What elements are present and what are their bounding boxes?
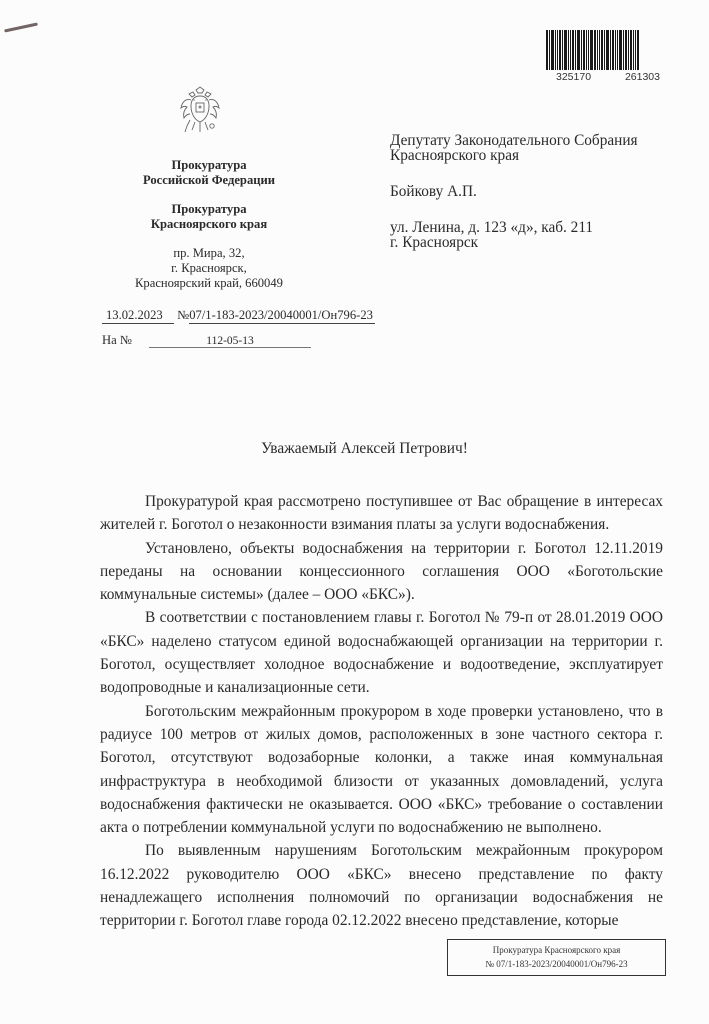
body-paragraph: Боготольским межрайонным прокурором в хо…: [100, 700, 663, 840]
sender-org-line-1: Прокуратура: [104, 158, 314, 173]
sender-suborg-line-2: Красноярского края: [104, 217, 314, 232]
russian-coat-of-arms-icon: [178, 86, 222, 136]
incoming-label: На №: [102, 333, 132, 347]
registration-org: Прокуратура Красноярского края: [448, 943, 665, 957]
recipient-block: Депутату Законодательного Собрания Красн…: [390, 133, 638, 250]
letter-body: Прокуратурой края рассмотрено поступивше…: [100, 490, 663, 933]
body-paragraph: В соответствии с постановлением главы г.…: [100, 606, 663, 699]
barcode-number-right: 261303: [625, 71, 660, 83]
barcode: 325170 261303: [546, 30, 666, 83]
number-sign: №: [177, 308, 189, 322]
recipient-address-line-2: г. Красноярск: [390, 235, 638, 250]
salutation: Уважаемый Алексей Петрович!: [0, 440, 709, 458]
sender-org-line-2: Российской Федерации: [104, 173, 314, 188]
body-paragraph: Установлено, объекты водоснабжения на те…: [100, 537, 663, 607]
letter-page: 325170 261303 Пр: [0, 0, 709, 1024]
barcode-number-left: 325170: [556, 71, 591, 83]
sender-address-line-1: пр. Мира, 32,: [104, 246, 314, 261]
outgoing-reference: 13.02.2023 №07/1-183-2023/20040001/Он796…: [102, 308, 375, 324]
sender-suborg-line-1: Прокуратура: [104, 202, 314, 217]
sender-address-line-2: г. Красноярск,: [104, 261, 314, 276]
outgoing-number: 07/1-183-2023/20040001/Он796-23: [189, 308, 375, 324]
sender-block: Прокуратура Российской Федерации Прокура…: [104, 158, 314, 291]
barcode-bars-icon: [546, 30, 666, 70]
pen-mark: [4, 22, 38, 32]
registration-stamp: Прокуратура Красноярского края № 07/1-18…: [447, 939, 666, 976]
sender-address-line-3: Красноярский край, 660049: [104, 276, 314, 291]
recipient-name: Бойкову А.П.: [390, 184, 638, 199]
body-paragraph: По выявленным нарушениям Боготольским ме…: [100, 839, 663, 932]
recipient-line-2: Красноярского края: [390, 148, 638, 163]
outgoing-date: 13.02.2023: [102, 308, 174, 324]
incoming-number: 112-05-13: [149, 335, 311, 348]
recipient-address-line-1: ул. Ленина, д. 123 «д», каб. 211: [390, 220, 638, 235]
incoming-reference: На № 112-05-13: [102, 333, 311, 348]
registration-number: № 07/1-183-2023/20040001/Он796-23: [448, 957, 665, 971]
body-paragraph: Прокуратурой края рассмотрено поступивше…: [100, 490, 663, 537]
recipient-line-1: Депутату Законодательного Собрания: [390, 133, 638, 148]
